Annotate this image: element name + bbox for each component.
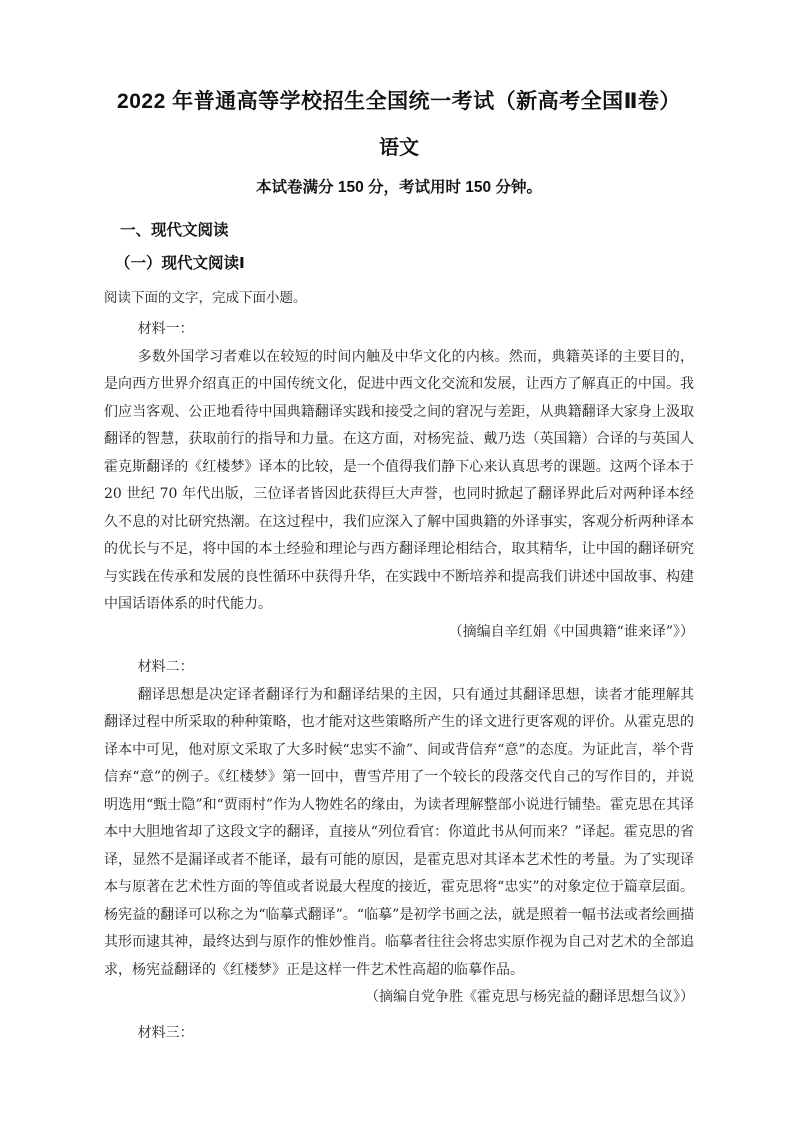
material-1-body: 多数外国学习者难以在较短的时间内触及中华文化的内核。然而，典籍英译的主要目的，是…: [104, 344, 694, 619]
material-1-label: 材料一：: [104, 316, 694, 344]
reading-instruction: 阅读下面的文字，完成下面小题。: [104, 288, 694, 308]
subsection-heading-modern-reading-1: （一）现代文阅读Ⅰ: [104, 253, 694, 275]
section-heading-modern-reading: 一、现代文阅读: [104, 220, 694, 242]
material-block-3: 材料三：: [104, 1020, 694, 1048]
material-2-body: 翻译思想是决定译者翻译行为和翻译结果的主因，只有通过其翻译思想，读者才能理解其翻…: [104, 682, 694, 985]
material-1-source: （摘编自辛红娟《中国典籍“谁来译”》）: [104, 619, 694, 647]
exam-paper-page: 2022 年普通高等学校招生全国统一考试（新高考全国Ⅱ卷） 语文 本试卷满分 1…: [0, 0, 793, 1122]
material-2-label: 材料二：: [104, 654, 694, 682]
material-2-source: （摘编自党争胜《霍克思与杨宪益的翻译思想刍议》）: [104, 984, 694, 1012]
material-3-label: 材料三：: [104, 1020, 694, 1048]
material-block-2: 材料二： 翻译思想是决定译者翻译行为和翻译结果的主因，只有通过其翻译思想，读者才…: [104, 654, 694, 1012]
subject-title: 语文: [104, 135, 694, 161]
exam-info: 本试卷满分 150 分，考试用时 150 分钟。: [104, 177, 694, 199]
paper-title: 2022 年普通高等学校招生全国统一考试（新高考全国Ⅱ卷）: [104, 86, 694, 118]
material-block-1: 材料一： 多数外国学习者难以在较短的时间内触及中华文化的内核。然而，典籍英译的主…: [104, 316, 694, 646]
